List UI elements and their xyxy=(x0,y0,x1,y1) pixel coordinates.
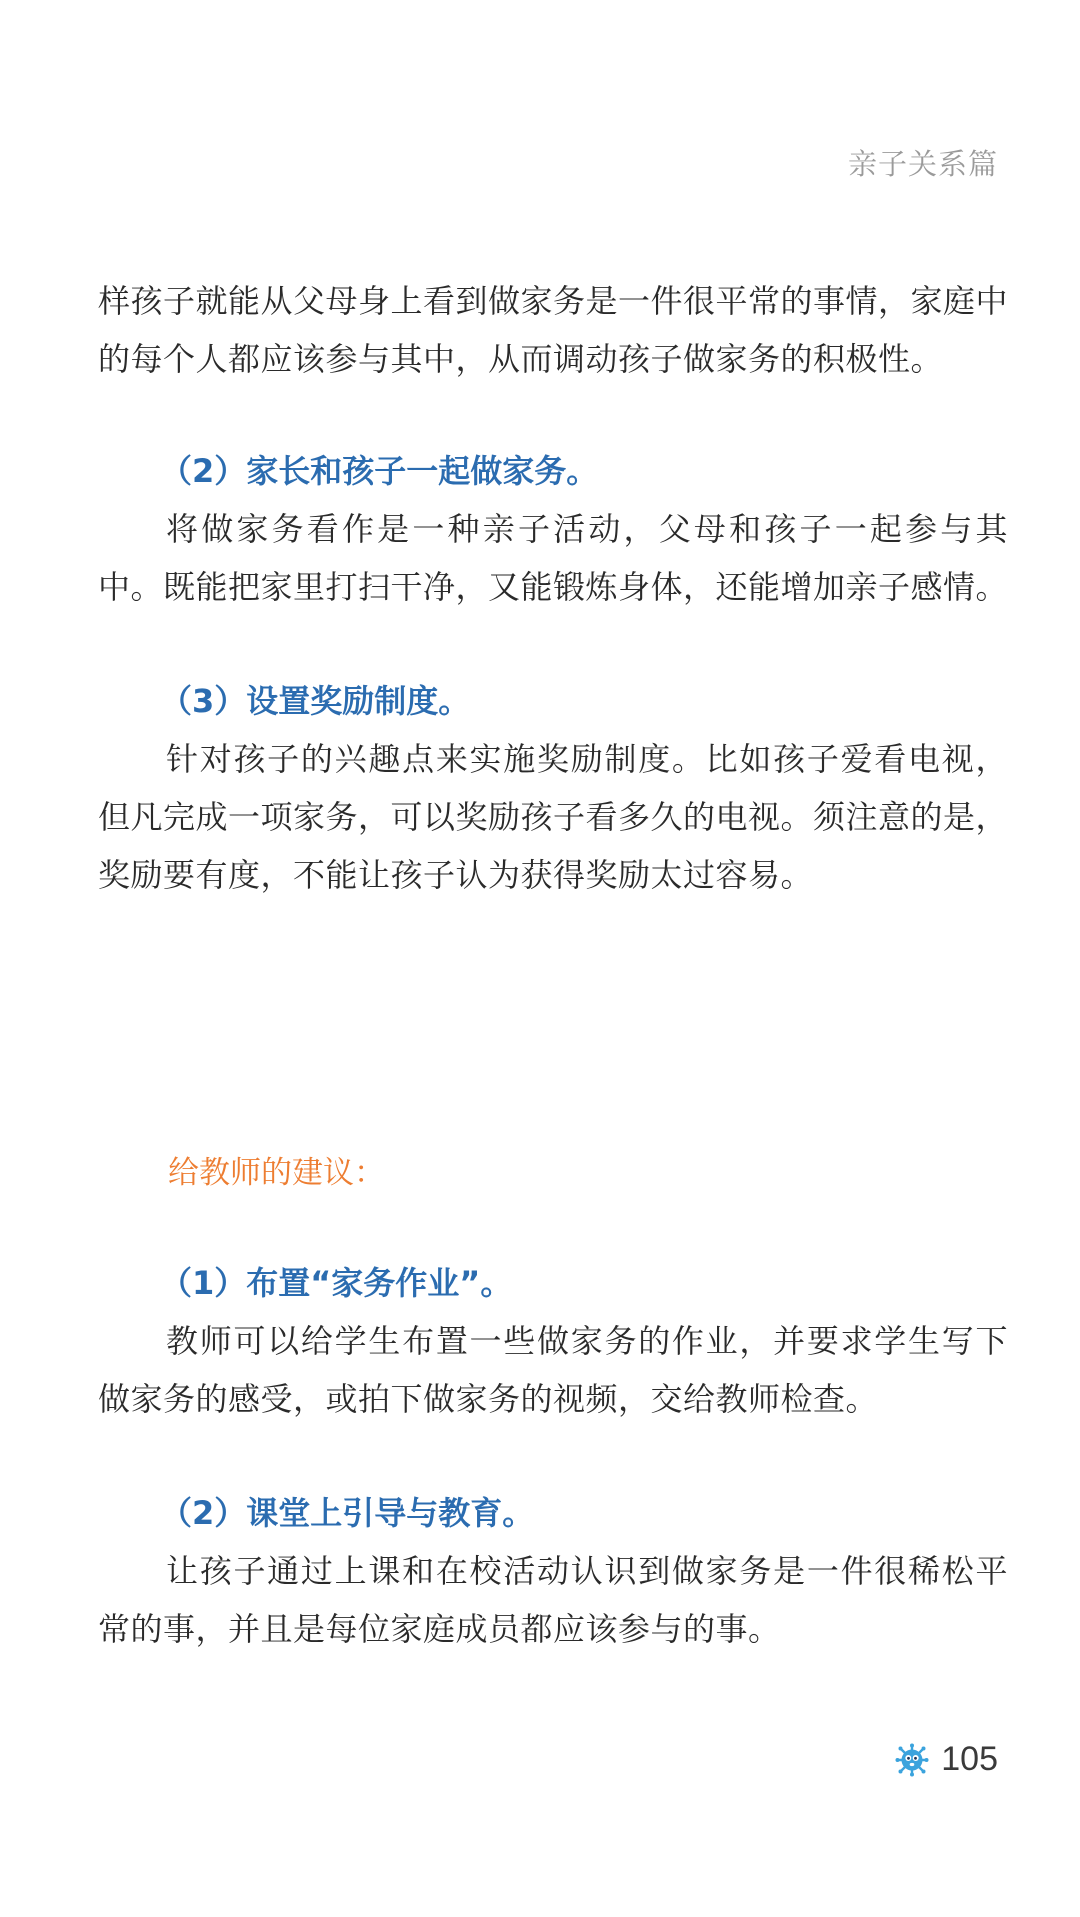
subheading: （1）布置“家务作业”。 xyxy=(98,1254,1008,1312)
parent-tip-3: （3）设置奖励制度。 针对孩子的兴趣点来实施奖励制度。比如孩子爱看电视，但凡完成… xyxy=(98,672,1008,904)
body-paragraph: 样孩子就能从父母身上看到做家务是一件很平常的事情，家庭中的每个人都应该参与其中，… xyxy=(98,272,1008,388)
teacher-advice-section: 给教师的建议： xyxy=(98,1144,1008,1202)
body-paragraph: 针对孩子的兴趣点来实施奖励制度。比如孩子爱看电视，但凡完成一项家务，可以奖励孩子… xyxy=(98,730,1008,904)
teacher-tip-1: （1）布置“家务作业”。 教师可以给学生布置一些做家务的作业，并要求学生写下做家… xyxy=(98,1254,1008,1428)
running-header: 亲子关系篇 xyxy=(848,142,998,183)
body-paragraph: 将做家务看作是一种亲子活动，父母和孩子一起参与其中。既能把家里打扫干净，又能锻炼… xyxy=(98,500,1008,616)
subheading: （2）家长和孩子一起做家务。 xyxy=(98,442,1008,500)
section-title: 给教师的建议： xyxy=(98,1144,1008,1202)
continued-paragraph: 样孩子就能从父母身上看到做家务是一件很平常的事情，家庭中的每个人都应该参与其中，… xyxy=(98,272,1008,388)
body-paragraph: 让孩子通过上课和在校活动认识到做家务是一件很稀松平常的事，并且是每位家庭成员都应… xyxy=(98,1542,1008,1658)
parent-tip-2: （2）家长和孩子一起做家务。 将做家务看作是一种亲子活动，父母和孩子一起参与其中… xyxy=(98,442,1008,616)
teacher-tip-2: （2）课堂上引导与教育。 让孩子通过上课和在校活动认识到做家务是一件很稀松平常的… xyxy=(98,1484,1008,1658)
subheading: （2）课堂上引导与教育。 xyxy=(98,1484,1008,1542)
virus-mascot-icon xyxy=(895,1743,929,1777)
body-paragraph: 教师可以给学生布置一些做家务的作业，并要求学生写下做家务的感受，或拍下做家务的视… xyxy=(98,1312,1008,1428)
page-number: 105 xyxy=(941,1740,998,1779)
subheading: （3）设置奖励制度。 xyxy=(98,672,1008,730)
page-footer: 105 xyxy=(895,1740,998,1779)
